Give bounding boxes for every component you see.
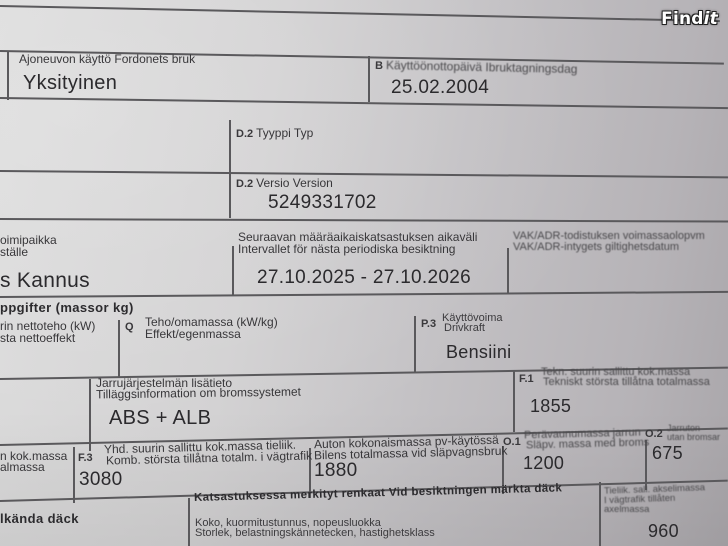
field-label: Käyttöönottopäivä Ibruktagningsdag	[386, 58, 578, 76]
fuel-code: P.3	[421, 314, 439, 332]
section-masses-title: ppgifter (massor kg)	[0, 300, 134, 315]
field-code: D.2	[236, 128, 253, 140]
combined-max-mass-value: 3080	[79, 469, 122, 491]
rule	[368, 56, 370, 102]
rule	[73, 447, 75, 503]
rule	[89, 379, 91, 451]
combined-max-mass-label-2: Komb. största tillåtna totalm. i vägtraf…	[106, 449, 312, 466]
usage-value: Yksityinen	[23, 72, 117, 95]
brake-info-label-2: Tilläggsinformation om bromssystemet	[96, 386, 301, 401]
braked-trailer-label-2: Släpv. massa med broms	[526, 437, 650, 451]
rule	[0, 97, 728, 109]
vak-adr-label-2: VAK/ADR-intygets giltighetsdatum	[513, 242, 679, 253]
rule	[599, 482, 601, 546]
tyres-label-2: Storlek, belastningskännetecken, hastigh…	[195, 528, 435, 539]
brake-info-value: ABS + ALB	[109, 407, 211, 430]
fuel-value: Bensiini	[446, 342, 511, 363]
known-tyres-label: lkända däck	[0, 511, 79, 526]
unbraked-trailer-code: O.2	[645, 424, 666, 442]
rule	[7, 52, 9, 100]
rule	[229, 120, 231, 218]
tech-max-mass-label-2: Tekniskt största tillåtna totalmassa	[543, 377, 710, 388]
inspection-interval-value: 27.10.2025 - 27.10.2026	[257, 267, 471, 289]
field-label: Versio Version	[256, 176, 333, 190]
rule	[507, 248, 509, 294]
unbraked-trailer-value: 675	[652, 443, 683, 464]
findit-watermark-logo: Findit	[661, 9, 718, 29]
field-code: Q	[125, 321, 134, 333]
field-code: F.3	[78, 452, 93, 464]
version-label: D.2Versio Version	[236, 174, 333, 192]
rule	[0, 291, 728, 298]
inspection-place-value: s Kannus	[0, 269, 90, 293]
field-code: B	[375, 60, 383, 72]
field-code: O.2	[645, 428, 663, 440]
field-code: P.3	[421, 318, 436, 330]
watermark-text: Find	[661, 9, 704, 29]
field-label: Tyyppi Typ	[256, 126, 313, 140]
type-label: D.2Tyyppi Typ	[236, 124, 313, 142]
axle-mass-label-3: axelmassa	[604, 504, 649, 515]
first-registration-value: 25.02.2004	[391, 77, 489, 99]
combined-max-mass-code: F.3	[78, 448, 96, 466]
net-power-label-2: sta nettoeffekt	[0, 332, 75, 344]
rule	[0, 5, 720, 22]
usage-label: Ajoneuvon käyttö Fordonets bruk	[19, 53, 195, 65]
trailer-use-mass-value: 1880	[314, 460, 357, 482]
trailer-use-mass-label-2: Bilens totalmassa vid släpvagnsbruk	[314, 445, 508, 462]
field-code: F.1	[519, 373, 534, 385]
inspection-place-label-2: ställe	[0, 246, 28, 258]
braked-trailer-code: O.1	[503, 432, 524, 450]
fuel-label-2: Drivkraft	[444, 323, 485, 334]
axle-mass-value: 960	[648, 521, 679, 542]
tech-max-mass-code: F.1	[519, 369, 537, 387]
power-weight-label-2: Effekt/egenmassa	[145, 328, 241, 340]
power-weight-label: Q	[125, 317, 137, 335]
tech-max-mass-value: 1855	[530, 396, 571, 417]
rule	[118, 320, 120, 378]
braked-trailer-value: 1200	[523, 453, 564, 474]
rule	[0, 218, 728, 223]
field-code: D.2	[236, 178, 253, 190]
inspection-interval-label-2: Intervallet för nästa periodiska besiktn…	[238, 243, 455, 255]
field-code: O.1	[503, 436, 521, 448]
first-registration-label: BKäyttöönottopäivä Ibruktagningsdag	[375, 56, 578, 78]
unbraked-trailer-label-2: utan bromsar	[667, 432, 720, 443]
watermark-text-italic: it	[704, 9, 718, 29]
total-mass-label-2: almassa	[0, 461, 45, 473]
rule	[513, 370, 515, 432]
version-value: 5249331702	[268, 192, 377, 214]
tyres-title: Katsastuksessa merkityt renkaat Vid besi…	[194, 482, 563, 504]
rule	[188, 498, 190, 546]
rule	[0, 170, 728, 178]
rule	[414, 316, 416, 372]
rule	[232, 246, 234, 296]
